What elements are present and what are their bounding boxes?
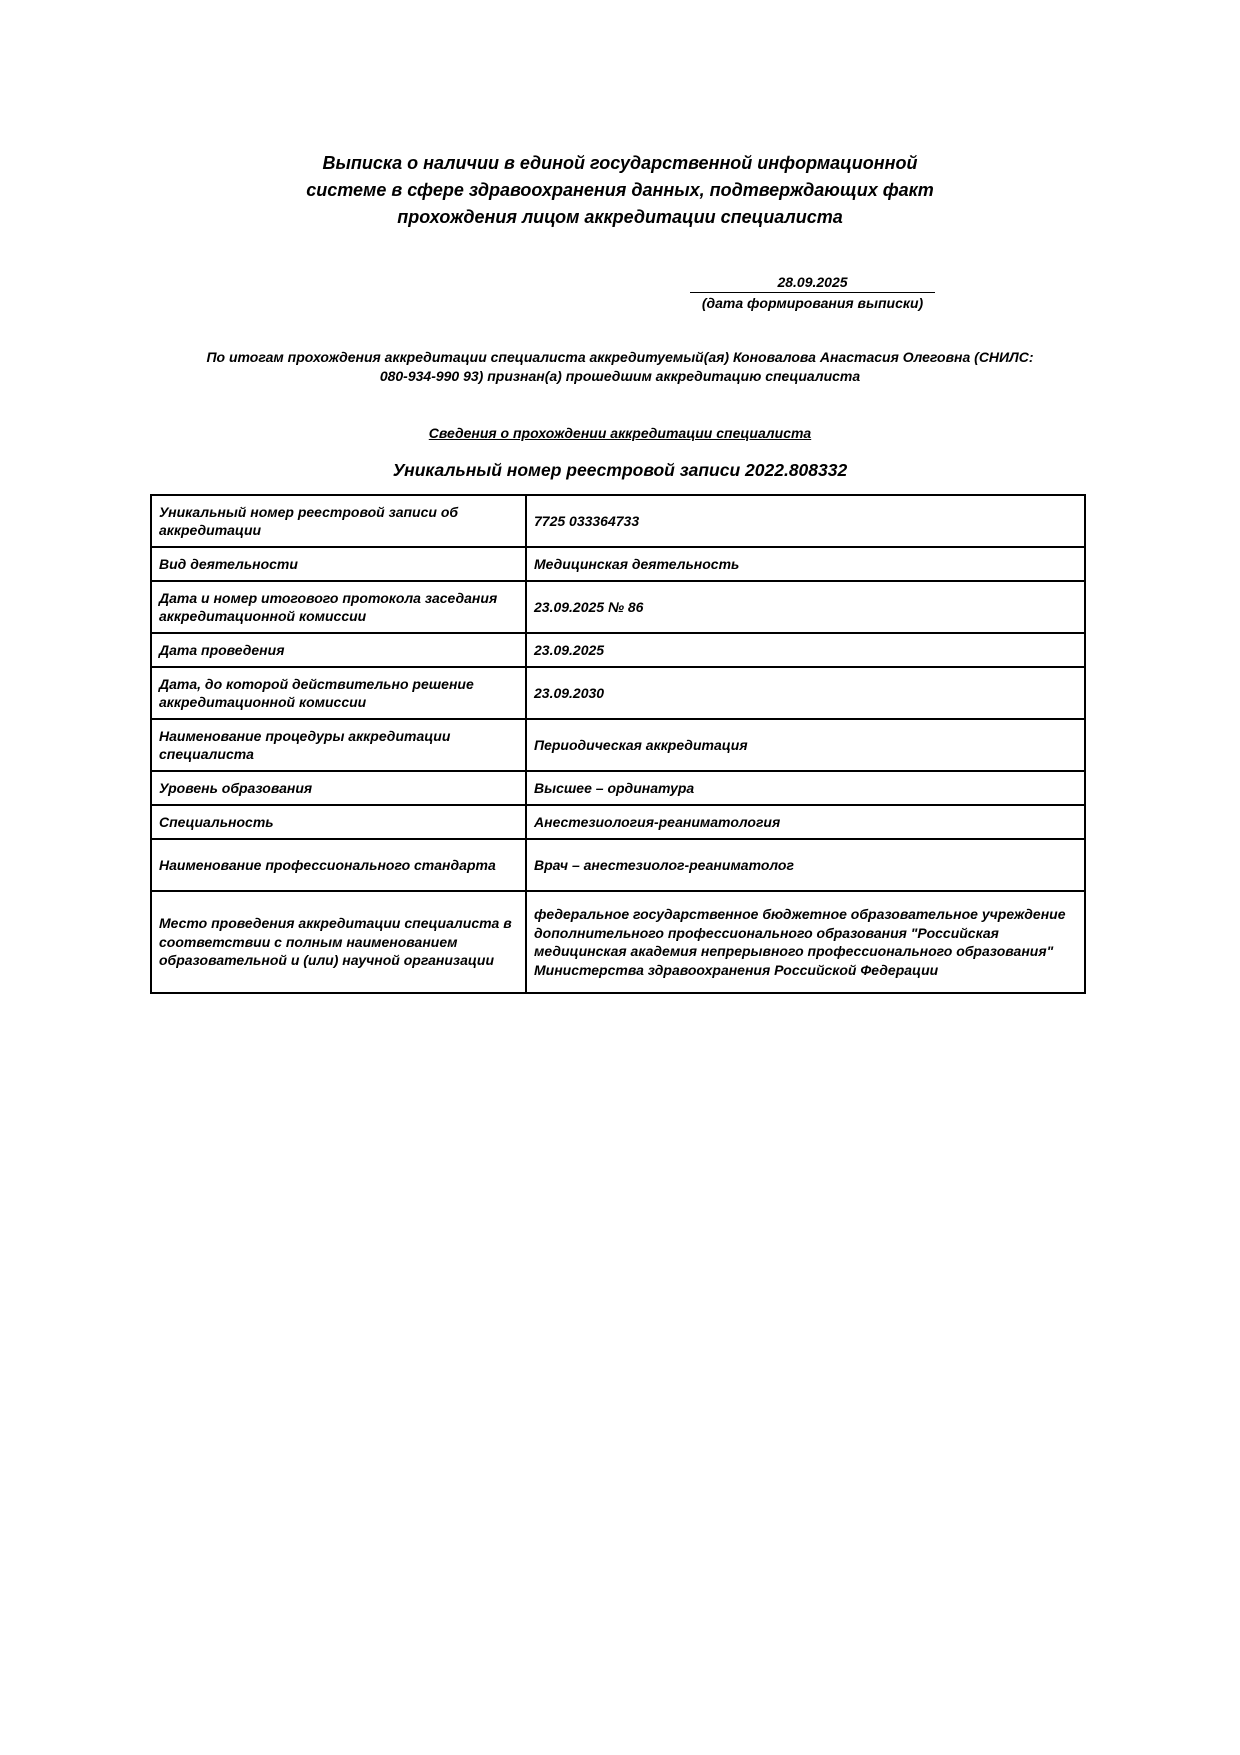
table-row: Наименование процедуры аккредитации спец… bbox=[151, 719, 1085, 771]
row-value: 23.09.2025 bbox=[526, 633, 1085, 667]
intro-line: 080-934-990 93) признан(а) прошедшим акк… bbox=[140, 367, 1100, 386]
title-line: прохождения лицом аккредитации специалис… bbox=[0, 204, 1240, 231]
issue-date-block: 28.09.2025 (дата формирования выписки) bbox=[690, 273, 935, 313]
intro-line: По итогам прохождения аккредитации специ… bbox=[140, 348, 1100, 367]
row-label: Дата проведения bbox=[151, 633, 526, 667]
intro-statement: По итогам прохождения аккредитации специ… bbox=[140, 348, 1100, 386]
table-row: Уровень образования Высшее – ординатура bbox=[151, 771, 1085, 805]
table-row: Вид деятельности Медицинская деятельност… bbox=[151, 547, 1085, 581]
row-label: Вид деятельности bbox=[151, 547, 526, 581]
section-title: Сведения о прохождении аккредитации спец… bbox=[0, 425, 1240, 441]
row-label: Уникальный номер реестровой записи об ак… bbox=[151, 495, 526, 547]
title-line: системе в сфере здравоохранения данных, … bbox=[0, 177, 1240, 204]
table-row: Место проведения аккредитации специалист… bbox=[151, 891, 1085, 993]
row-value: Анестезиология-реаниматология bbox=[526, 805, 1085, 839]
row-value: Врач – анестезиолог-реаниматолог bbox=[526, 839, 1085, 891]
row-value: Периодическая аккредитация bbox=[526, 719, 1085, 771]
table-row: Дата проведения 23.09.2025 bbox=[151, 633, 1085, 667]
row-label: Место проведения аккредитации специалист… bbox=[151, 891, 526, 993]
row-value: Медицинская деятельность bbox=[526, 547, 1085, 581]
table-row: Дата и номер итогового протокола заседан… bbox=[151, 581, 1085, 633]
document-title: Выписка о наличии в единой государственн… bbox=[0, 150, 1240, 231]
row-value: 23.09.2030 bbox=[526, 667, 1085, 719]
table-row: Уникальный номер реестровой записи об ак… bbox=[151, 495, 1085, 547]
issue-date-caption: (дата формирования выписки) bbox=[690, 294, 935, 313]
row-value: 7725 033364733 bbox=[526, 495, 1085, 547]
registry-number-title: Уникальный номер реестровой записи 2022.… bbox=[0, 460, 1240, 481]
table-row: Специальность Анестезиология-реаниматоло… bbox=[151, 805, 1085, 839]
title-line: Выписка о наличии в единой государственн… bbox=[0, 150, 1240, 177]
row-label: Наименование процедуры аккредитации спец… bbox=[151, 719, 526, 771]
issue-date: 28.09.2025 bbox=[690, 273, 935, 293]
row-value: федеральное государственное бюджетное об… bbox=[526, 891, 1085, 993]
row-value: Высшее – ординатура bbox=[526, 771, 1085, 805]
row-label: Уровень образования bbox=[151, 771, 526, 805]
row-value: 23.09.2025 № 86 bbox=[526, 581, 1085, 633]
row-label: Специальность bbox=[151, 805, 526, 839]
row-label: Дата, до которой действительно решение а… bbox=[151, 667, 526, 719]
accreditation-table: Уникальный номер реестровой записи об ак… bbox=[150, 494, 1086, 994]
row-label: Наименование профессионального стандарта bbox=[151, 839, 526, 891]
row-label: Дата и номер итогового протокола заседан… bbox=[151, 581, 526, 633]
table-row: Наименование профессионального стандарта… bbox=[151, 839, 1085, 891]
table-row: Дата, до которой действительно решение а… bbox=[151, 667, 1085, 719]
